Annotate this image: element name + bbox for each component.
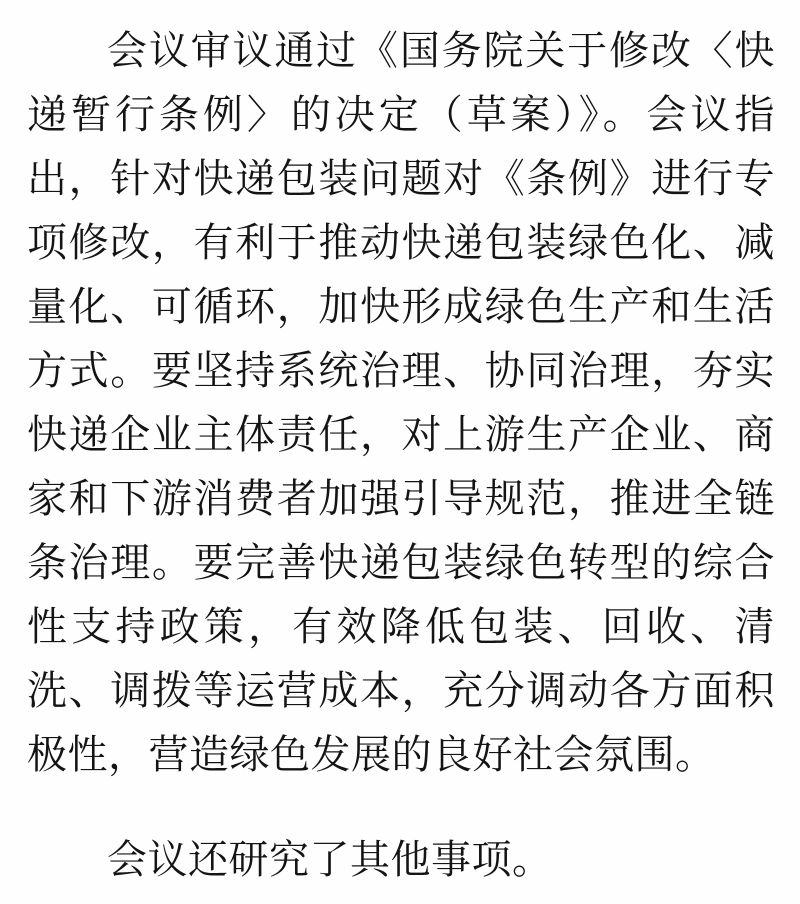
article-page: 会议审议通过《国务院关于修改〈快递暂行条例〉的决定（草案）》。会议指出，针对快递… xyxy=(0,0,800,904)
article-paragraph-2: 会议还研究了其他事项。 xyxy=(27,828,775,892)
article-paragraph-1: 会议审议通过《国务院关于修改〈快递暂行条例〉的决定（草案）》。会议指出，针对快递… xyxy=(27,19,775,787)
article-body: 会议审议通过《国务院关于修改〈快递暂行条例〉的决定（草案）》。会议指出，针对快递… xyxy=(27,19,775,892)
